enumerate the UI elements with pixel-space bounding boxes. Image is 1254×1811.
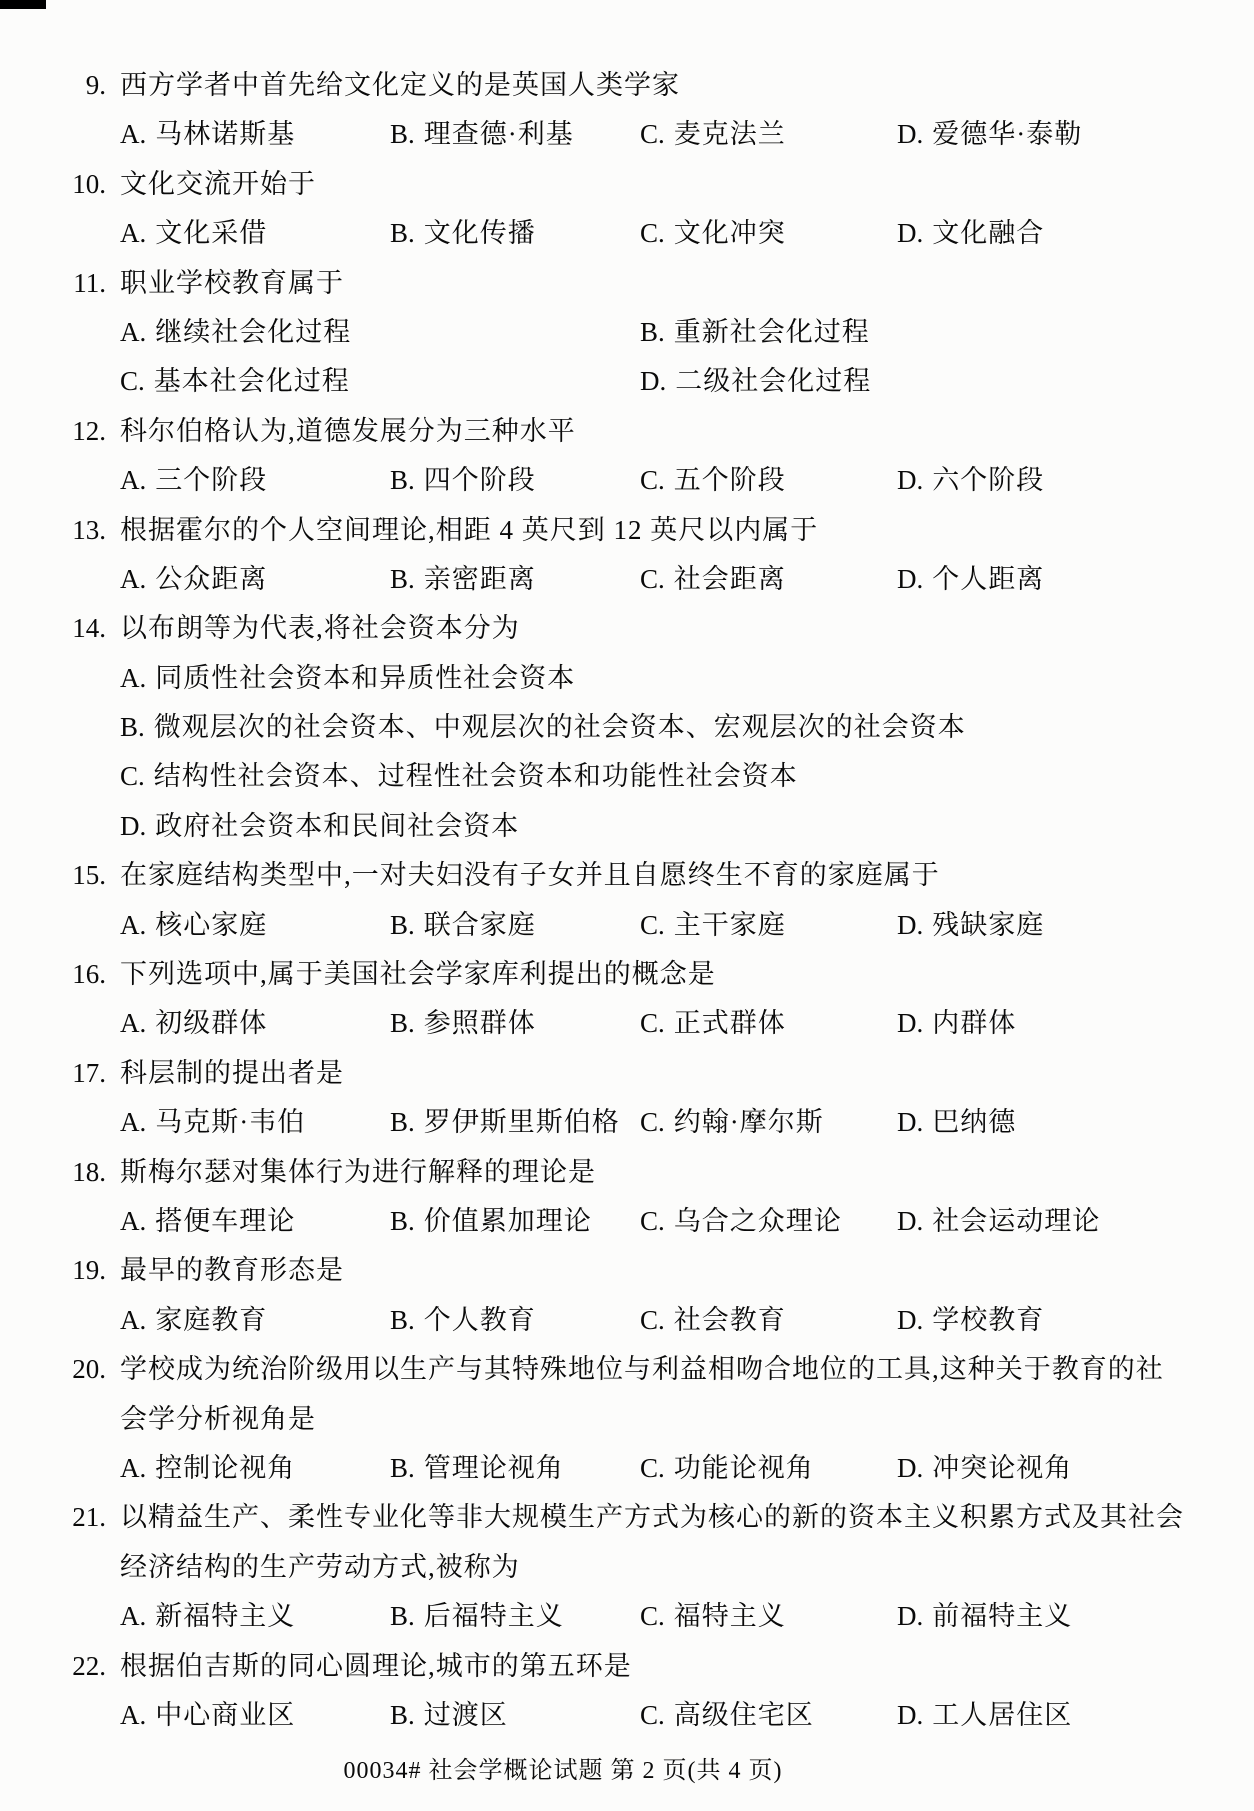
option-text: 残缺家庭 [932, 910, 1044, 940]
question-text: 根据霍尔的个人空间理论,相距 4 英尺到 12 英尺以内属于 [120, 506, 818, 555]
option-text: 正式群体 [674, 1008, 786, 1038]
option: A.初级群体 [120, 999, 267, 1048]
option-text: 马克斯·韦伯 [155, 1107, 305, 1137]
option-label: D. [897, 1107, 923, 1137]
option-label: B. [390, 1305, 415, 1335]
option-text: 三个阶段 [155, 465, 267, 495]
option-label: A. [120, 1206, 146, 1236]
option: B.个人教育 [390, 1296, 536, 1345]
option: D.内群体 [897, 999, 1016, 1048]
question-text: 经济结构的生产劳动方式,被称为 [120, 1543, 520, 1592]
option-text: 乌合之众理论 [674, 1206, 842, 1236]
option: A.核心家庭 [120, 901, 267, 950]
option-text: 联合家庭 [424, 910, 536, 940]
option-label: B. [390, 564, 415, 594]
option-text: 六个阶段 [932, 465, 1044, 495]
option-label: A. [120, 564, 146, 594]
option-label: B. [390, 910, 415, 940]
option-label: D. [120, 811, 146, 841]
option-label: C. [120, 761, 145, 791]
option-text: 五个阶段 [674, 465, 786, 495]
option-label: D. [897, 1601, 923, 1631]
option-text: 福特主义 [674, 1601, 786, 1631]
option-text: 微观层次的社会资本、中观层次的社会资本、宏观层次的社会资本 [154, 712, 966, 742]
option-text: 巴纳德 [932, 1107, 1016, 1137]
option-text: 搭便车理论 [155, 1206, 295, 1236]
option: C.社会教育 [640, 1296, 786, 1345]
question-number: 10. [0, 160, 106, 209]
question-9-options: A.马林诺斯基 B.理查德·利基 C.麦克法兰 D.爱德华·泰勒 [0, 110, 1254, 159]
question-11: 11. 职业学校教育属于 [0, 259, 1254, 308]
option-text: 个人教育 [424, 1305, 536, 1335]
option: D.社会运动理论 [897, 1197, 1100, 1246]
question-11-options-ab: A.继续社会化过程 B.重新社会化过程 [0, 308, 1254, 357]
option: B.参照群体 [390, 999, 536, 1048]
option-text: 约翰·摩尔斯 [674, 1107, 824, 1137]
option: A.新福特主义 [120, 1592, 295, 1641]
option-label: D. [897, 1700, 923, 1730]
option: C.正式群体 [640, 999, 786, 1048]
option-text: 前福特主义 [932, 1601, 1072, 1631]
option: D.巴纳德 [897, 1098, 1016, 1147]
option-label: C. [640, 119, 665, 149]
option-label: B. [390, 1008, 415, 1038]
question-text: 以布朗等为代表,将社会资本分为 [120, 604, 520, 653]
question-number: 16. [0, 950, 106, 999]
option-text: 文化采借 [155, 218, 267, 248]
question-12: 12. 科尔伯格认为,道德发展分为三种水平 [0, 407, 1254, 456]
question-17: 17. 科层制的提出者是 [0, 1049, 1254, 1098]
option: A.同质性社会资本和异质性社会资本 [120, 654, 575, 703]
question-number: 9. [0, 61, 106, 110]
option-text: 政府社会资本和民间社会资本 [155, 811, 519, 841]
option: C.社会距离 [640, 555, 786, 604]
option-text: 主干家庭 [674, 910, 786, 940]
option: A.家庭教育 [120, 1296, 267, 1345]
option-text: 新福特主义 [155, 1601, 295, 1631]
option: A.三个阶段 [120, 456, 267, 505]
option-text: 爱德华·泰勒 [932, 119, 1082, 149]
option-label: A. [120, 1453, 146, 1483]
option: A.文化采借 [120, 209, 267, 258]
question-14-option-c: C.结构性社会资本、过程性社会资本和功能性社会资本 [0, 752, 1254, 801]
option: D.六个阶段 [897, 456, 1044, 505]
option-label: A. [120, 317, 146, 347]
option-label: C. [120, 366, 145, 396]
option: C.约翰·摩尔斯 [640, 1098, 824, 1147]
question-20-options: A.控制论视角 B.管理论视角 C.功能论视角 D.冲突论视角 [0, 1444, 1254, 1493]
question-13: 13. 根据霍尔的个人空间理论,相距 4 英尺到 12 英尺以内属于 [0, 506, 1254, 555]
question-14-option-d: D.政府社会资本和民间社会资本 [0, 802, 1254, 851]
option-label: B. [390, 1601, 415, 1631]
question-20: 20. 学校成为统治阶级用以生产与其特殊地位与利益相吻合地位的工具,这种关于教育… [0, 1345, 1254, 1394]
option-text: 理查德·利基 [424, 119, 574, 149]
question-number: 18. [0, 1148, 106, 1197]
question-22-options: A.中心商业区 B.过渡区 C.高级住宅区 D.工人居住区 [0, 1691, 1254, 1740]
option-label: D. [897, 119, 923, 149]
question-text: 西方学者中首先给文化定义的是英国人类学家 [120, 61, 680, 110]
option: A.搭便车理论 [120, 1197, 295, 1246]
question-16-options: A.初级群体 B.参照群体 C.正式群体 D.内群体 [0, 999, 1254, 1048]
option-label: D. [897, 564, 923, 594]
option-text: 社会教育 [674, 1305, 786, 1335]
option: D.爱德华·泰勒 [897, 110, 1082, 159]
option: C.主干家庭 [640, 901, 786, 950]
option-text: 文化融合 [932, 218, 1044, 248]
option-label: A. [120, 465, 146, 495]
option-label: B. [390, 119, 415, 149]
question-18-options: A.搭便车理论 B.价值累加理论 C.乌合之众理论 D.社会运动理论 [0, 1197, 1254, 1246]
option-text: 二级社会化过程 [675, 366, 871, 396]
option-text: 马林诺斯基 [155, 119, 295, 149]
option-label: C. [640, 1008, 665, 1038]
option-label: C. [640, 564, 665, 594]
option: B.理查德·利基 [390, 110, 574, 159]
option-label: B. [390, 1107, 415, 1137]
option-text: 同质性社会资本和异质性社会资本 [155, 663, 575, 693]
option: B.后福特主义 [390, 1592, 564, 1641]
option-label: C. [640, 1206, 665, 1236]
option-label: C. [640, 1601, 665, 1631]
question-22: 22. 根据伯吉斯的同心圆理论,城市的第五环是 [0, 1642, 1254, 1691]
option-label: D. [897, 1206, 923, 1236]
question-14: 14. 以布朗等为代表,将社会资本分为 [0, 604, 1254, 653]
questions-list: 9. 西方学者中首先给文化定义的是英国人类学家 A.马林诺斯基 B.理查德·利基… [0, 61, 1254, 1740]
option: D.前福特主义 [897, 1592, 1072, 1641]
option-text: 冲突论视角 [932, 1453, 1072, 1483]
option-label: D. [897, 1008, 923, 1038]
option-label: C. [640, 1107, 665, 1137]
option-text: 结构性社会资本、过程性社会资本和功能性社会资本 [154, 761, 798, 791]
option: A.继续社会化过程 [120, 308, 351, 357]
option-label: D. [897, 465, 923, 495]
option: C.五个阶段 [640, 456, 786, 505]
option-text: 文化传播 [424, 218, 536, 248]
option: A.控制论视角 [120, 1444, 295, 1493]
option: C.功能论视角 [640, 1444, 814, 1493]
option: D.二级社会化过程 [640, 357, 871, 406]
question-number: 22. [0, 1642, 106, 1691]
option-text: 参照群体 [424, 1008, 536, 1038]
option-text: 价值累加理论 [424, 1206, 592, 1236]
question-number: 11. [0, 259, 106, 308]
option-text: 文化冲突 [674, 218, 786, 248]
option: B.微观层次的社会资本、中观层次的社会资本、宏观层次的社会资本 [120, 703, 966, 752]
option: D.残缺家庭 [897, 901, 1044, 950]
option-text: 社会运动理论 [932, 1206, 1100, 1236]
question-10-options: A.文化采借 B.文化传播 C.文化冲突 D.文化融合 [0, 209, 1254, 258]
question-text: 以精益生产、柔性专业化等非大规模生产方式为核心的新的资本主义积累方式及其社会 [120, 1493, 1184, 1542]
question-number: 15. [0, 851, 106, 900]
option: D.工人居住区 [897, 1691, 1072, 1740]
option-label: D. [897, 1453, 923, 1483]
question-14-option-b: B.微观层次的社会资本、中观层次的社会资本、宏观层次的社会资本 [0, 703, 1254, 752]
option: B.文化传播 [390, 209, 536, 258]
option: C.基本社会化过程 [120, 357, 350, 406]
option: A.公众距离 [120, 555, 267, 604]
question-19: 19. 最早的教育形态是 [0, 1246, 1254, 1295]
option-label: C. [640, 1700, 665, 1730]
question-text: 最早的教育形态是 [120, 1246, 344, 1295]
question-17-options: A.马克斯·韦伯 B.罗伊斯里斯伯格 C.约翰·摩尔斯 D.巴纳德 [0, 1098, 1254, 1147]
question-12-options: A.三个阶段 B.四个阶段 C.五个阶段 D.六个阶段 [0, 456, 1254, 505]
option-text: 亲密距离 [424, 564, 536, 594]
question-11-options-cd: C.基本社会化过程 D.二级社会化过程 [0, 357, 1254, 406]
option-label: A. [120, 1305, 146, 1335]
option: B.过渡区 [390, 1691, 508, 1740]
option-label: A. [120, 910, 146, 940]
option-text: 公众距离 [155, 564, 267, 594]
question-text: 文化交流开始于 [120, 160, 316, 209]
option: C.乌合之众理论 [640, 1197, 842, 1246]
option: C.高级住宅区 [640, 1691, 814, 1740]
question-15: 15. 在家庭结构类型中,一对夫妇没有子女并且自愿终生不育的家庭属于 [0, 851, 1254, 900]
option-label: B. [390, 218, 415, 248]
question-9: 9. 西方学者中首先给文化定义的是英国人类学家 [0, 61, 1254, 110]
page-footer: 00034# 社会学概论试题 第 2 页(共 4 页) [0, 1750, 1190, 1785]
option-text: 高级住宅区 [674, 1700, 814, 1730]
question-21-line-2: 经济结构的生产劳动方式,被称为 [0, 1543, 1254, 1592]
option: C.麦克法兰 [640, 110, 786, 159]
option-label: D. [897, 910, 923, 940]
question-text: 学校成为统治阶级用以生产与其特殊地位与利益相吻合地位的工具,这种关于教育的社 [120, 1345, 1164, 1394]
option-text: 重新社会化过程 [674, 317, 870, 347]
question-number: 14. [0, 604, 106, 653]
option: C.文化冲突 [640, 209, 786, 258]
option-text: 核心家庭 [155, 910, 267, 940]
option-text: 个人距离 [932, 564, 1044, 594]
option-label: C. [640, 465, 665, 495]
option: B.价值累加理论 [390, 1197, 592, 1246]
option: B.重新社会化过程 [640, 308, 870, 357]
question-text: 职业学校教育属于 [120, 259, 344, 308]
option-text: 中心商业区 [155, 1700, 295, 1730]
question-21-options: A.新福特主义 B.后福特主义 C.福特主义 D.前福特主义 [0, 1592, 1254, 1641]
question-number: 17. [0, 1049, 106, 1098]
option-text: 四个阶段 [424, 465, 536, 495]
option-text: 基本社会化过程 [154, 366, 350, 396]
option-label: B. [390, 1453, 415, 1483]
option-label: A. [120, 1601, 146, 1631]
question-20-line-2: 会学分析视角是 [0, 1395, 1254, 1444]
option: D.冲突论视角 [897, 1444, 1072, 1493]
option-text: 家庭教育 [155, 1305, 267, 1335]
scan-artifact-mark [0, 0, 46, 9]
option: D.个人距离 [897, 555, 1044, 604]
option-text: 管理论视角 [424, 1453, 564, 1483]
option-label: D. [897, 218, 923, 248]
option: D.政府社会资本和民间社会资本 [120, 802, 519, 851]
option-label: C. [640, 1305, 665, 1335]
question-text: 在家庭结构类型中,一对夫妇没有子女并且自愿终生不育的家庭属于 [120, 851, 940, 900]
option-text: 功能论视角 [674, 1453, 814, 1483]
question-text: 科层制的提出者是 [120, 1049, 344, 1098]
question-number: 13. [0, 506, 106, 555]
question-14-option-a: A.同质性社会资本和异质性社会资本 [0, 654, 1254, 703]
question-number: 21. [0, 1493, 106, 1542]
option-text: 学校教育 [932, 1305, 1044, 1335]
option: A.马林诺斯基 [120, 110, 295, 159]
option: D.学校教育 [897, 1296, 1044, 1345]
option-text: 麦克法兰 [674, 119, 786, 149]
question-10: 10. 文化交流开始于 [0, 160, 1254, 209]
option-label: A. [120, 119, 146, 149]
option-text: 内群体 [932, 1008, 1016, 1038]
question-18: 18. 斯梅尔瑟对集体行为进行解释的理论是 [0, 1148, 1254, 1197]
option-label: C. [640, 910, 665, 940]
option-label: C. [640, 218, 665, 248]
option-label: A. [120, 218, 146, 248]
option-label: D. [897, 1305, 923, 1335]
option-label: C. [640, 1453, 665, 1483]
option: B.联合家庭 [390, 901, 536, 950]
question-number: 20. [0, 1345, 106, 1394]
option-text: 过渡区 [424, 1700, 508, 1730]
option-label: B. [120, 712, 145, 742]
question-number: 12. [0, 407, 106, 456]
option: B.亲密距离 [390, 555, 536, 604]
question-13-options: A.公众距离 B.亲密距离 C.社会距离 D.个人距离 [0, 555, 1254, 604]
option-label: D. [640, 366, 666, 396]
option-label: A. [120, 1107, 146, 1137]
option: B.罗伊斯里斯伯格 [390, 1098, 620, 1147]
question-text: 科尔伯格认为,道德发展分为三种水平 [120, 407, 576, 456]
exam-page: 9. 西方学者中首先给文化定义的是英国人类学家 A.马林诺斯基 B.理查德·利基… [0, 0, 1254, 1811]
option: A.马克斯·韦伯 [120, 1098, 305, 1147]
option-text: 初级群体 [155, 1008, 267, 1038]
option: B.管理论视角 [390, 1444, 564, 1493]
option: D.文化融合 [897, 209, 1044, 258]
option: C.结构性社会资本、过程性社会资本和功能性社会资本 [120, 752, 798, 801]
question-21: 21. 以精益生产、柔性专业化等非大规模生产方式为核心的新的资本主义积累方式及其… [0, 1493, 1254, 1542]
option-text: 控制论视角 [155, 1453, 295, 1483]
option-label: A. [120, 663, 146, 693]
question-15-options: A.核心家庭 B.联合家庭 C.主干家庭 D.残缺家庭 [0, 901, 1254, 950]
option-label: B. [390, 1700, 415, 1730]
question-text: 下列选项中,属于美国社会学家库利提出的概念是 [120, 950, 716, 999]
option-label: B. [640, 317, 665, 347]
option-label: A. [120, 1008, 146, 1038]
option-text: 罗伊斯里斯伯格 [424, 1107, 620, 1137]
option-label: B. [390, 465, 415, 495]
option-label: A. [120, 1700, 146, 1730]
question-number: 19. [0, 1246, 106, 1295]
option: B.四个阶段 [390, 456, 536, 505]
option-text: 社会距离 [674, 564, 786, 594]
option-label: B. [390, 1206, 415, 1236]
question-19-options: A.家庭教育 B.个人教育 C.社会教育 D.学校教育 [0, 1296, 1254, 1345]
option-text: 工人居住区 [932, 1700, 1072, 1730]
question-16: 16. 下列选项中,属于美国社会学家库利提出的概念是 [0, 950, 1254, 999]
option: C.福特主义 [640, 1592, 786, 1641]
question-text: 根据伯吉斯的同心圆理论,城市的第五环是 [120, 1642, 632, 1691]
question-text: 会学分析视角是 [120, 1395, 316, 1444]
option-text: 后福特主义 [424, 1601, 564, 1631]
question-text: 斯梅尔瑟对集体行为进行解释的理论是 [120, 1148, 596, 1197]
option: A.中心商业区 [120, 1691, 295, 1740]
option-text: 继续社会化过程 [155, 317, 351, 347]
